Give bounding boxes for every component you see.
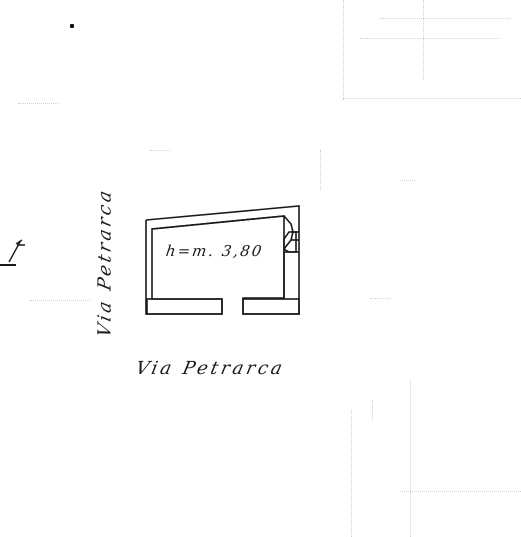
bottom-wall-right: [243, 299, 299, 314]
scanned-sheet: h=m. 3,80 Via Petrarca Via Petrarca: [0, 0, 521, 537]
street-label-left: Via Petrarca: [95, 175, 116, 349]
street-label-bottom: Via Petrarca: [134, 358, 287, 379]
room-height-label: h=m. 3,80: [165, 242, 265, 260]
bottom-wall-left: [147, 299, 222, 314]
floor-plan-drawing: [0, 0, 521, 537]
north-arrow-icon: [0, 240, 25, 265]
